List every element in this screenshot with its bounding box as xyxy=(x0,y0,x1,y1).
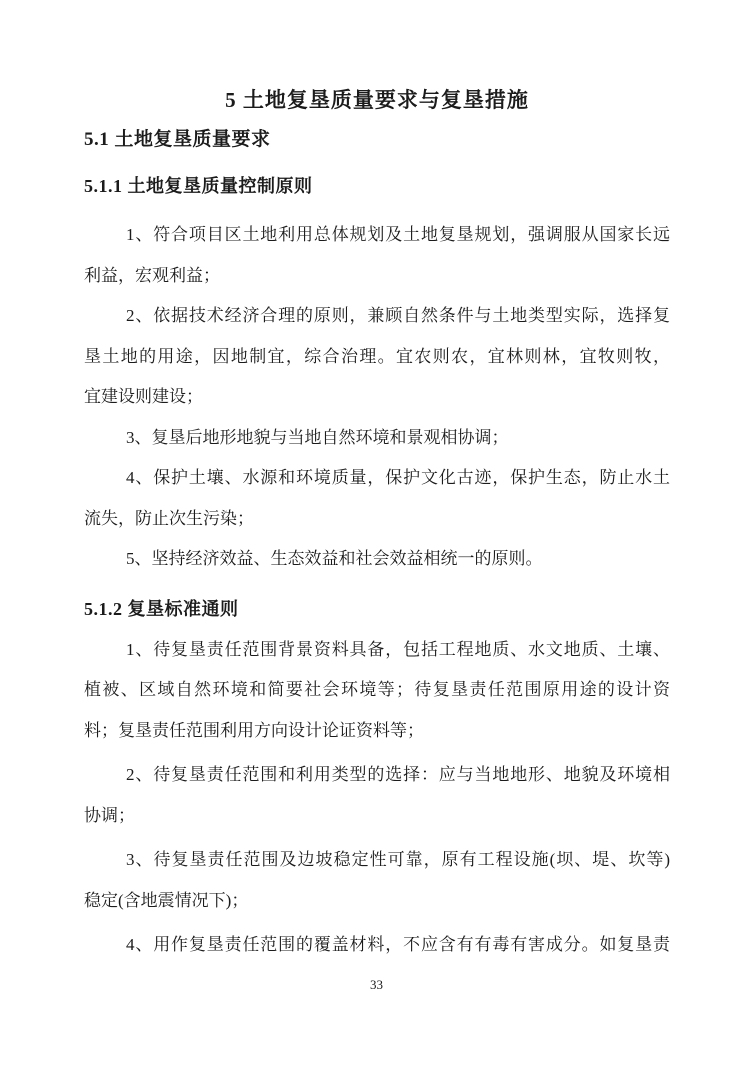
paragraph-line: 流失，防止次生污染； xyxy=(84,499,670,540)
section-heading: 5.1.1 土地复垦质量控制原则 xyxy=(84,173,670,199)
paragraph-line: 3、复垦后地形地貌与当地自然环境和景观相协调； xyxy=(84,418,670,459)
paragraph-line: 3、待复垦责任范围及边坡稳定性可靠，原有工程设施(坝、堤、坎等) xyxy=(84,840,670,881)
document-body: 5.1 土地复垦质量要求5.1.1 土地复垦质量控制原则1、符合项目区土地利用总… xyxy=(84,127,670,966)
document-content: 5 土地复垦质量要求与复垦措施 5.1 土地复垦质量要求5.1.1 土地复垦质量… xyxy=(84,0,670,966)
paragraph-line: 垦土地的用途，因地制宜，综合治理。宜农则农，宜林则林，宜牧则牧， xyxy=(84,337,670,378)
page-number: 33 xyxy=(0,976,753,994)
paragraph-line: 4、用作复垦责任范围的覆盖材料，不应含有有毒有害成分。如复垦责 xyxy=(84,925,670,966)
paragraph-line: 1、符合项目区土地利用总体规划及土地复垦规划，强调服从国家长远 xyxy=(84,215,670,256)
paragraph-line: 宜建设则建设； xyxy=(84,377,670,418)
section-heading: 5.1 土地复垦质量要求 xyxy=(84,127,670,153)
paragraph-line: 稳定(含地震情况下)； xyxy=(84,881,670,922)
section-heading: 5.1.2 复垦标准通则 xyxy=(84,596,670,622)
document-page: 5 土地复垦质量要求与复垦措施 5.1 土地复垦质量要求5.1.1 土地复垦质量… xyxy=(0,0,753,1066)
paragraph-line: 2、依据技术经济合理的原则，兼顾自然条件与土地类型实际，选择复 xyxy=(84,296,670,337)
paragraph-line: 4、保护土壤、水源和环境质量，保护文化古迹，保护生态，防止水土 xyxy=(84,458,670,499)
paragraph-line: 2、待复垦责任范围和利用类型的选择：应与当地地形、地貌及环境相 xyxy=(84,755,670,796)
paragraph-line: 利益，宏观利益； xyxy=(84,256,670,297)
document-title: 5 土地复垦质量要求与复垦措施 xyxy=(84,86,670,114)
paragraph-line: 1、待复垦责任范围背景资料具备，包括工程地质、水文地质、土壤、 xyxy=(84,630,670,671)
paragraph-line: 5、坚持经济效益、生态效益和社会效益相统一的原则。 xyxy=(84,539,670,580)
paragraph-line: 植被、区域自然环境和简要社会环境等；待复垦责任范围原用途的设计资 xyxy=(84,670,670,711)
paragraph-line: 料；复垦责任范围利用方向设计论证资料等； xyxy=(84,711,670,752)
paragraph-line: 协调； xyxy=(84,796,670,837)
